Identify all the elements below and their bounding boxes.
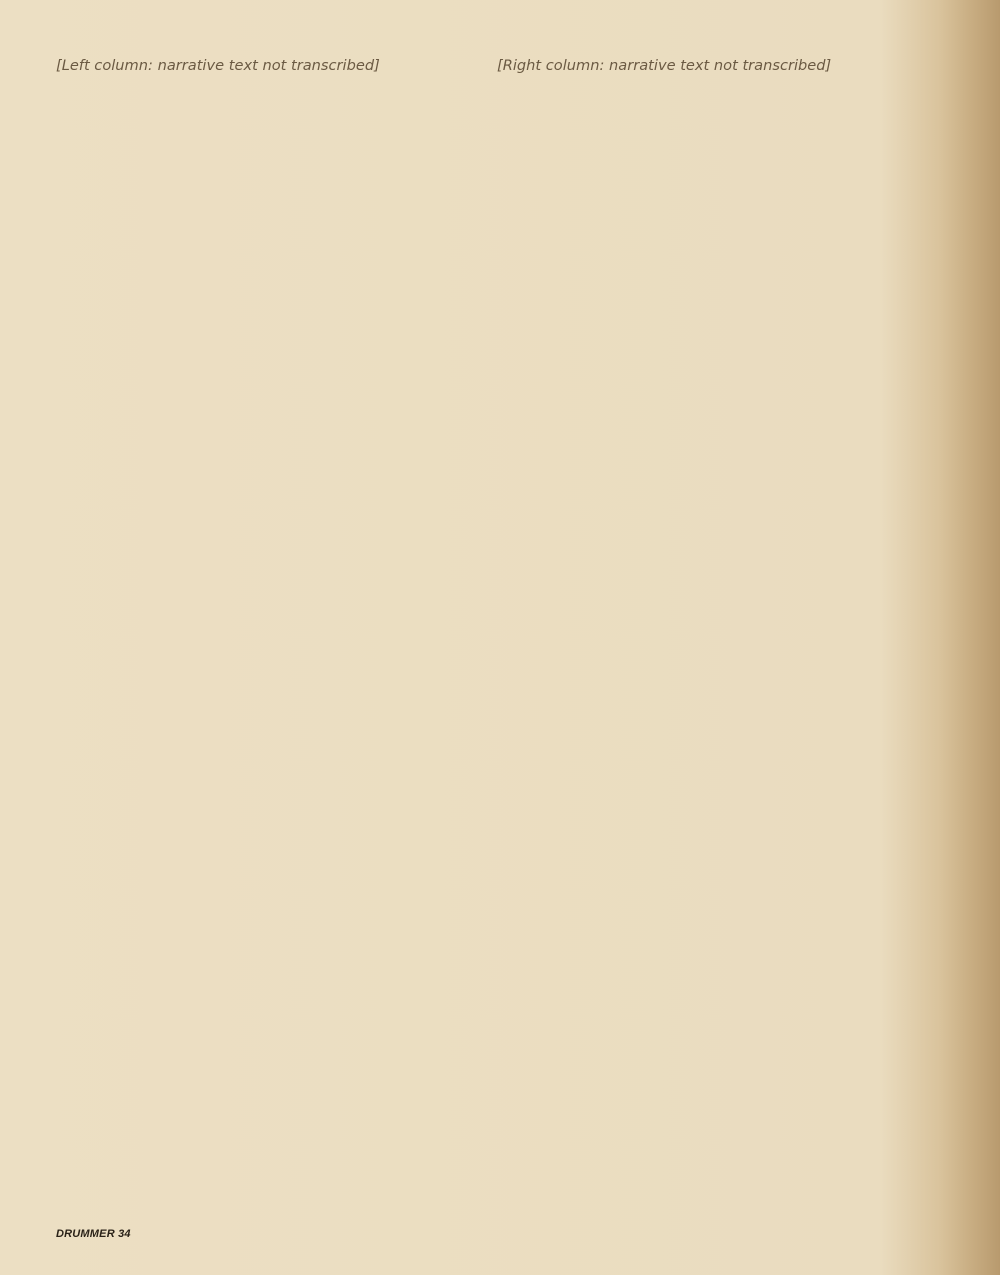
paragraph: [Left column: narrative text not transcr… [56,58,468,75]
magazine-page: [Left column: narrative text not transcr… [0,0,1000,1275]
text-column-right: [Right column: narrative text not transc… [497,58,909,1238]
text-column-left: [Left column: narrative text not transcr… [56,58,468,1238]
page-folio: DRUMMER 34 [56,1228,131,1240]
paragraph: [Right column: narrative text not transc… [497,58,909,75]
